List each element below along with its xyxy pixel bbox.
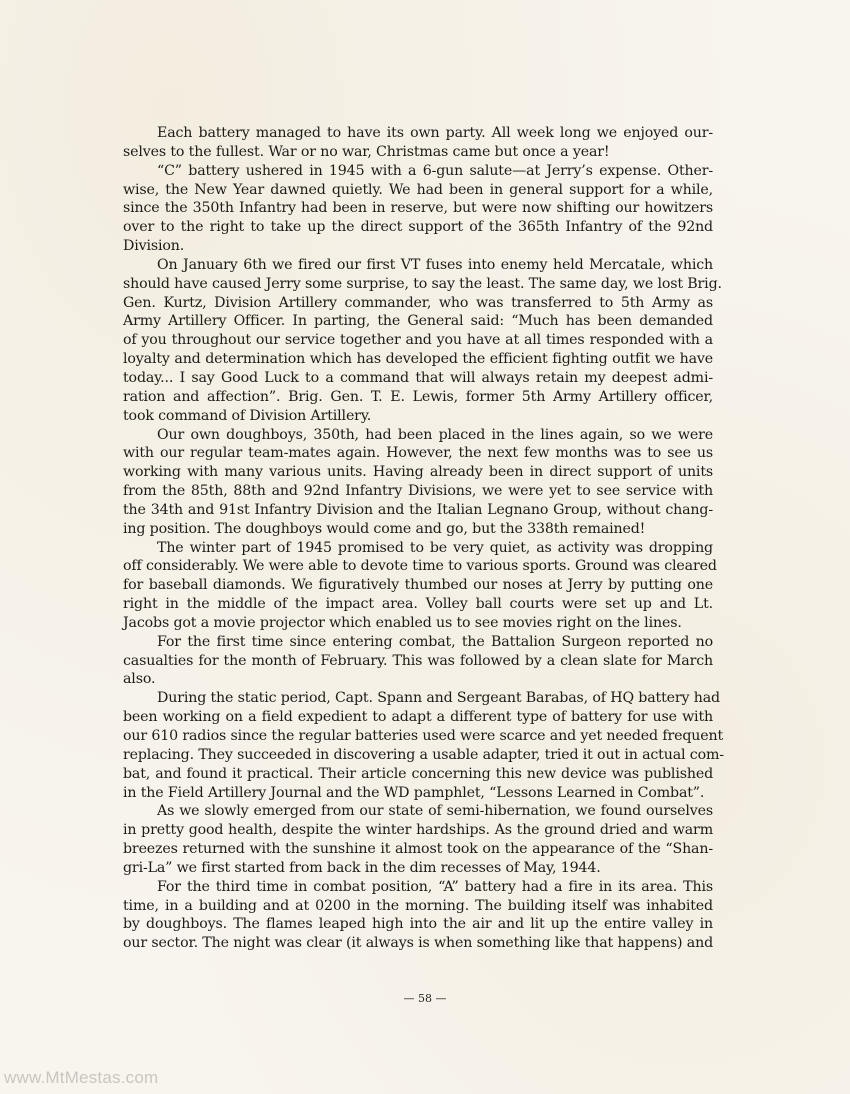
text-line: ration and affection”. Brig. Gen. T. E. … <box>123 388 713 407</box>
text-line: wise, the New Year dawned quietly. We ha… <box>123 181 713 200</box>
text-line: “C” battery ushered in 1945 with a 6-gun… <box>123 162 713 181</box>
site-watermark: www.MtMestas.com <box>4 1068 158 1088</box>
text-line: breezes returned with the sunshine it al… <box>123 840 713 859</box>
text-line: Army Artillery Officer. In parting, the … <box>123 312 713 331</box>
text-line: took command of Division Artillery. <box>123 407 713 426</box>
page-number: — 58 — <box>0 992 850 1005</box>
text-line: for baseball diamonds. We figuratively t… <box>123 576 713 595</box>
text-line: our 610 radios since the regular batteri… <box>123 727 713 746</box>
text-line: selves to the fullest. War or no war, Ch… <box>123 143 713 162</box>
text-line: The winter part of 1945 promised to be v… <box>123 539 713 558</box>
text-line: Jacobs got a movie projector which enabl… <box>123 614 713 633</box>
body-text: Each battery managed to have its own par… <box>123 124 713 953</box>
text-line: On January 6th we fired our first VT fus… <box>123 256 713 275</box>
text-line: Division. <box>123 237 713 256</box>
text-line: from the 85th, 88th and 92nd Infantry Di… <box>123 482 713 501</box>
text-line: bat, and found it practical. Their artic… <box>123 765 713 784</box>
text-line: replacing. They succeeded in discovering… <box>123 746 713 765</box>
text-line: since the 350th Infantry had been in res… <box>123 199 713 218</box>
text-line: with our regular team-mates again. Howev… <box>123 444 713 463</box>
text-line: of you throughout our service together a… <box>123 331 713 350</box>
text-line: our sector. The night was clear (it alwa… <box>123 934 713 953</box>
text-line: the 34th and 91st Infantry Division and … <box>123 501 713 520</box>
text-line: been working on a field expedient to ada… <box>123 708 713 727</box>
text-line: Our own doughboys, 350th, had been place… <box>123 426 713 445</box>
text-line: gri-La” we first started from back in th… <box>123 859 713 878</box>
text-line: During the static period, Capt. Spann an… <box>123 689 713 708</box>
text-line: ing position. The doughboys would come a… <box>123 520 713 539</box>
text-line: off considerably. We were able to devote… <box>123 557 713 576</box>
text-line: For the third time in combat position, “… <box>123 878 713 897</box>
text-line: casualties for the month of February. Th… <box>123 652 713 671</box>
text-line: in pretty good health, despite the winte… <box>123 821 713 840</box>
text-line: should have caused Jerry some surprise, … <box>123 275 713 294</box>
text-line: in the Field Artillery Journal and the W… <box>123 784 713 803</box>
text-line: over to the right to take up the direct … <box>123 218 713 237</box>
text-line: also. <box>123 670 713 689</box>
text-line: time, in a building and at 0200 in the m… <box>123 897 713 916</box>
text-line: by doughboys. The flames leaped high int… <box>123 915 713 934</box>
text-line: For the first time since entering combat… <box>123 633 713 652</box>
text-line: today... I say Good Luck to a command th… <box>123 369 713 388</box>
text-line: loyalty and determination which has deve… <box>123 350 713 369</box>
text-line: working with many various units. Having … <box>123 463 713 482</box>
text-line: Gen. Kurtz, Division Artillery commander… <box>123 294 713 313</box>
text-line: Each battery managed to have its own par… <box>123 124 713 143</box>
text-line: As we slowly emerged from our state of s… <box>123 802 713 821</box>
text-line: right in the middle of the impact area. … <box>123 595 713 614</box>
